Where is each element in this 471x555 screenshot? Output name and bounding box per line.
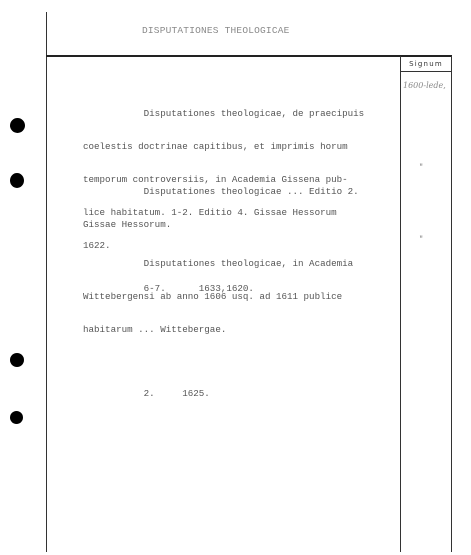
catalog-card: DISPUTATIONES THEOLOGICAE Signum 1600-le… — [0, 0, 471, 555]
punch-hole — [10, 173, 24, 188]
entry-line: coelestis doctrinae capitibus, et imprim… — [83, 141, 383, 152]
header-rule — [46, 55, 452, 57]
catalog-entry: Disputationes theologicae, in Academia W… — [83, 236, 383, 421]
left-margin-line — [46, 12, 47, 552]
punch-hole — [10, 118, 25, 133]
signum-ditto-mark: " — [419, 164, 423, 172]
card-heading: DISPUTATIONES THEOLOGICAE — [142, 25, 290, 36]
signum-column-left-border — [400, 56, 401, 552]
signum-column-header: Signum — [401, 57, 451, 72]
punch-hole — [10, 411, 23, 424]
entry-line: Disputationes theologicae ... Editio 2. — [83, 186, 383, 197]
entry-line: 2. 1625. — [83, 388, 383, 399]
signum-value: 1600-lede, — [403, 81, 446, 90]
signum-column-right-border — [451, 56, 452, 552]
signum-ditto-mark: " — [419, 236, 423, 244]
entry-line: Wittebergensi ab anno 1606 usq. ad 1611 … — [83, 291, 383, 302]
entry-line: habitarum ... Wittebergae. — [83, 324, 383, 335]
entry-line: Gissae Hessorum. — [83, 219, 383, 230]
entry-line — [83, 357, 383, 366]
entry-line: Disputationes theologicae, de praecipuis — [83, 108, 383, 119]
entry-line: Disputationes theologicae, in Academia — [83, 258, 383, 269]
punch-hole — [10, 353, 24, 367]
